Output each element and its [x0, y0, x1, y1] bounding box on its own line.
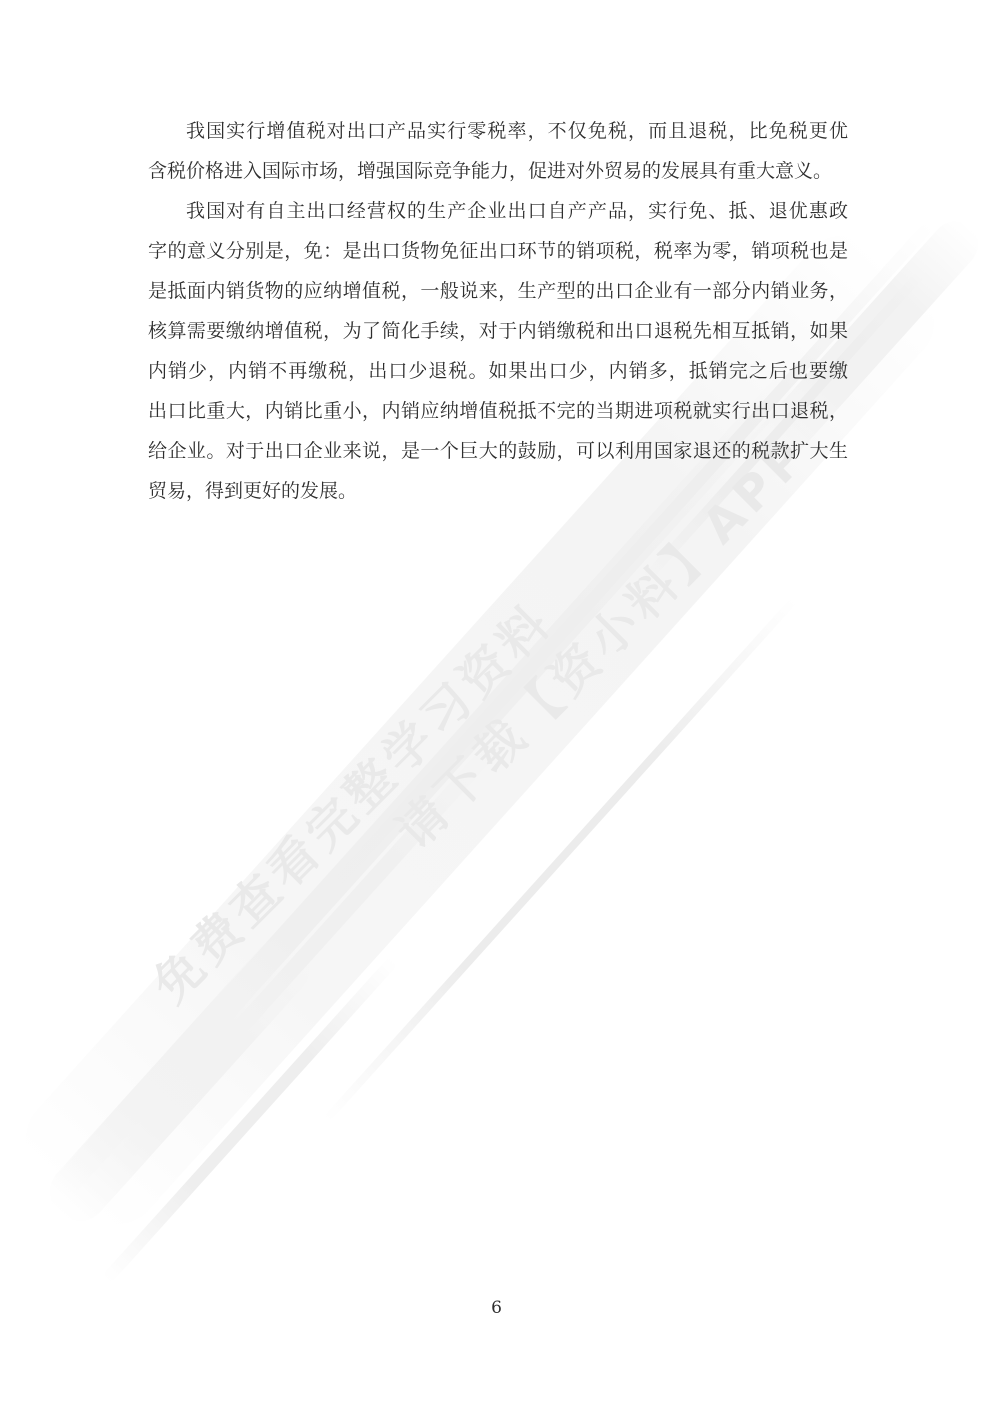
paragraph: 我国对有自主出口经营权的生产企业出口自产产品，实行免、抵、退优惠政策，三个字的意…: [148, 191, 848, 511]
text-line: 给企业。对于出口企业来说，是一个巨大的鼓励，可以利用国家退还的税款扩大生产和对外: [148, 431, 848, 471]
text-line: 含税价格进入国际市场，增强国际竞争能力，促进对外贸易的发展具有重大意义。: [148, 151, 848, 191]
paragraph: 我国实行增值税对出口产品实行零税率，不仅免税，而且退税，比免税更优惠。以不含税价…: [148, 111, 848, 191]
page-number: 6: [0, 1298, 993, 1318]
text-line: 核算需要缴纳增值税，为了简化手续，对于内销缴税和出口退税先相互抵销，如果出口多，: [148, 311, 848, 351]
document-body: 我国实行增值税对出口产品实行零税率，不仅免税，而且退税，比免税更优惠。以不含税价…: [148, 111, 848, 511]
text-line: 内销少，内销不再缴税，出口少退税。如果出口少，内销多，抵销完之后也要缴税。退：是: [148, 351, 848, 391]
text-line: 贸易，得到更好的发展。: [148, 471, 848, 511]
text-line: 字的意义分别是，免：是出口货物免征出口环节的销项税，税率为零，销项税也是零；抵：: [148, 231, 848, 271]
watermark-brush-streak: [323, 597, 797, 1123]
watermark-brush-streak: [117, 737, 504, 1164]
watermark-brush-streak: [102, 956, 399, 1284]
text-line: 出口比重大，内销比重小，内销应纳增值税抵不完的当期进项税就实行出口退税，直接退还: [148, 391, 848, 431]
text-line: 是抵面内销货物的应纳增值税，一般说来，生产型的出口企业有一部分内销业务，如果单独: [148, 271, 848, 311]
watermark-brush-streak: [38, 927, 322, 1233]
text-line: 我国实行增值税对出口产品实行零税率，不仅免税，而且退税，比免税更优惠。以不: [148, 111, 848, 151]
watermark-line-1: 免费查看完整学习资料: [135, 585, 566, 1016]
text-line: 我国对有自主出口经营权的生产企业出口自产产品，实行免、抵、退优惠政策，三个: [148, 191, 848, 231]
